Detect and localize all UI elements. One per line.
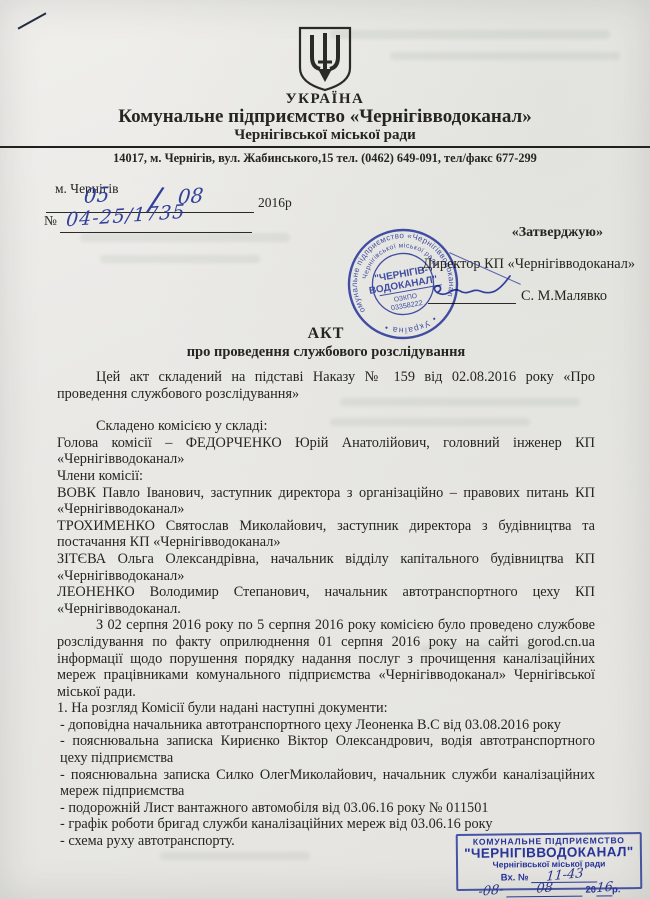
entry-stamp-org-sub: Чернігівської міської ради xyxy=(493,859,606,869)
incoming-number-label: Вх. № xyxy=(501,872,529,883)
document-title: АКТ xyxy=(57,325,595,343)
document-list-item: - пояснювальна записка Кириєнко Віктор О… xyxy=(57,733,595,766)
document-list-item: - пояснювальна записка Силко ОлегМиколай… xyxy=(57,767,595,800)
paragraph: Цей акт складений на підставі Наказу № 1… xyxy=(57,369,595,402)
bleed-through-artifact xyxy=(330,30,610,39)
paragraph: ЗІТЄВА Ольга Олександрівна, начальник ві… xyxy=(57,551,595,584)
paragraph: ТРОХИМЕНКО Святослав Миколайович, заступ… xyxy=(57,518,595,551)
director-name: С. М.Малявко xyxy=(521,288,607,305)
handwritten-stamp-year: 16 xyxy=(596,882,613,896)
handwritten-stamp-day: -08- xyxy=(478,884,504,899)
paragraph: Члени комісії: xyxy=(57,468,595,485)
number-label: № xyxy=(44,213,57,229)
bleed-through-artifact xyxy=(390,52,620,60)
bleed-through-artifact xyxy=(160,852,310,860)
incoming-registration-stamp: КОМУНАЛЬНЕ ПІДПРИЄМСТВО "ЧЕРНІГІВВОДОКАН… xyxy=(456,832,643,891)
handwritten-stamp-month: 08 xyxy=(536,882,553,896)
document-list-item: - доповідна начальника автотранспортного… xyxy=(57,717,595,734)
document-list-item: - графік роботи бригад служби каналізаці… xyxy=(57,816,595,833)
paragraph: ВОВК Павло Іванович, заступник директора… xyxy=(57,485,595,518)
approve-label: «Затверджую» xyxy=(512,225,603,241)
stamp-year-prefix: 20 xyxy=(585,885,596,897)
scanned-document-page: УКРАЇНА Комунальне підприємство «Чернігі… xyxy=(0,0,650,899)
paragraph: З 02 серпня 2016 року по 5 серпня 2016 р… xyxy=(57,617,595,700)
document-subtitle: про проведення службового розслідування xyxy=(57,344,595,361)
bleed-through-artifact xyxy=(100,255,260,263)
document-list-item: - подорожній Лист вантажного автомобіля … xyxy=(57,800,595,817)
year-label: 2016р xyxy=(258,195,292,211)
organization-address: 14017, м. Чернігів, вул. Жабинського,15 … xyxy=(0,151,650,166)
bleed-through-artifact xyxy=(80,233,290,242)
paragraph: ЛЕОНЕНКО Володимир Степанович, начальник… xyxy=(57,584,595,617)
pen-stroke-mark xyxy=(18,12,47,29)
paragraph: Голова комісії – ФЕДОРЧЕНКО Юрій Анатолі… xyxy=(57,435,595,468)
stamp-year-suffix: р. xyxy=(612,884,621,896)
organization-subtitle: Чернігівської міської ради xyxy=(0,127,650,144)
paragraph: Складено комісією у складі: xyxy=(57,418,595,435)
ukraine-trident-emblem-icon xyxy=(296,26,354,92)
document-body: Цей акт складений на підставі Наказу № 1… xyxy=(57,369,595,850)
paragraph: 1. На розгляд Комісії були надані наступ… xyxy=(57,700,595,717)
letterhead-divider xyxy=(0,146,650,148)
organization-name: Комунальне підприємство «Чернігівводокан… xyxy=(0,106,650,128)
handwritten-day: 05 xyxy=(83,182,110,208)
